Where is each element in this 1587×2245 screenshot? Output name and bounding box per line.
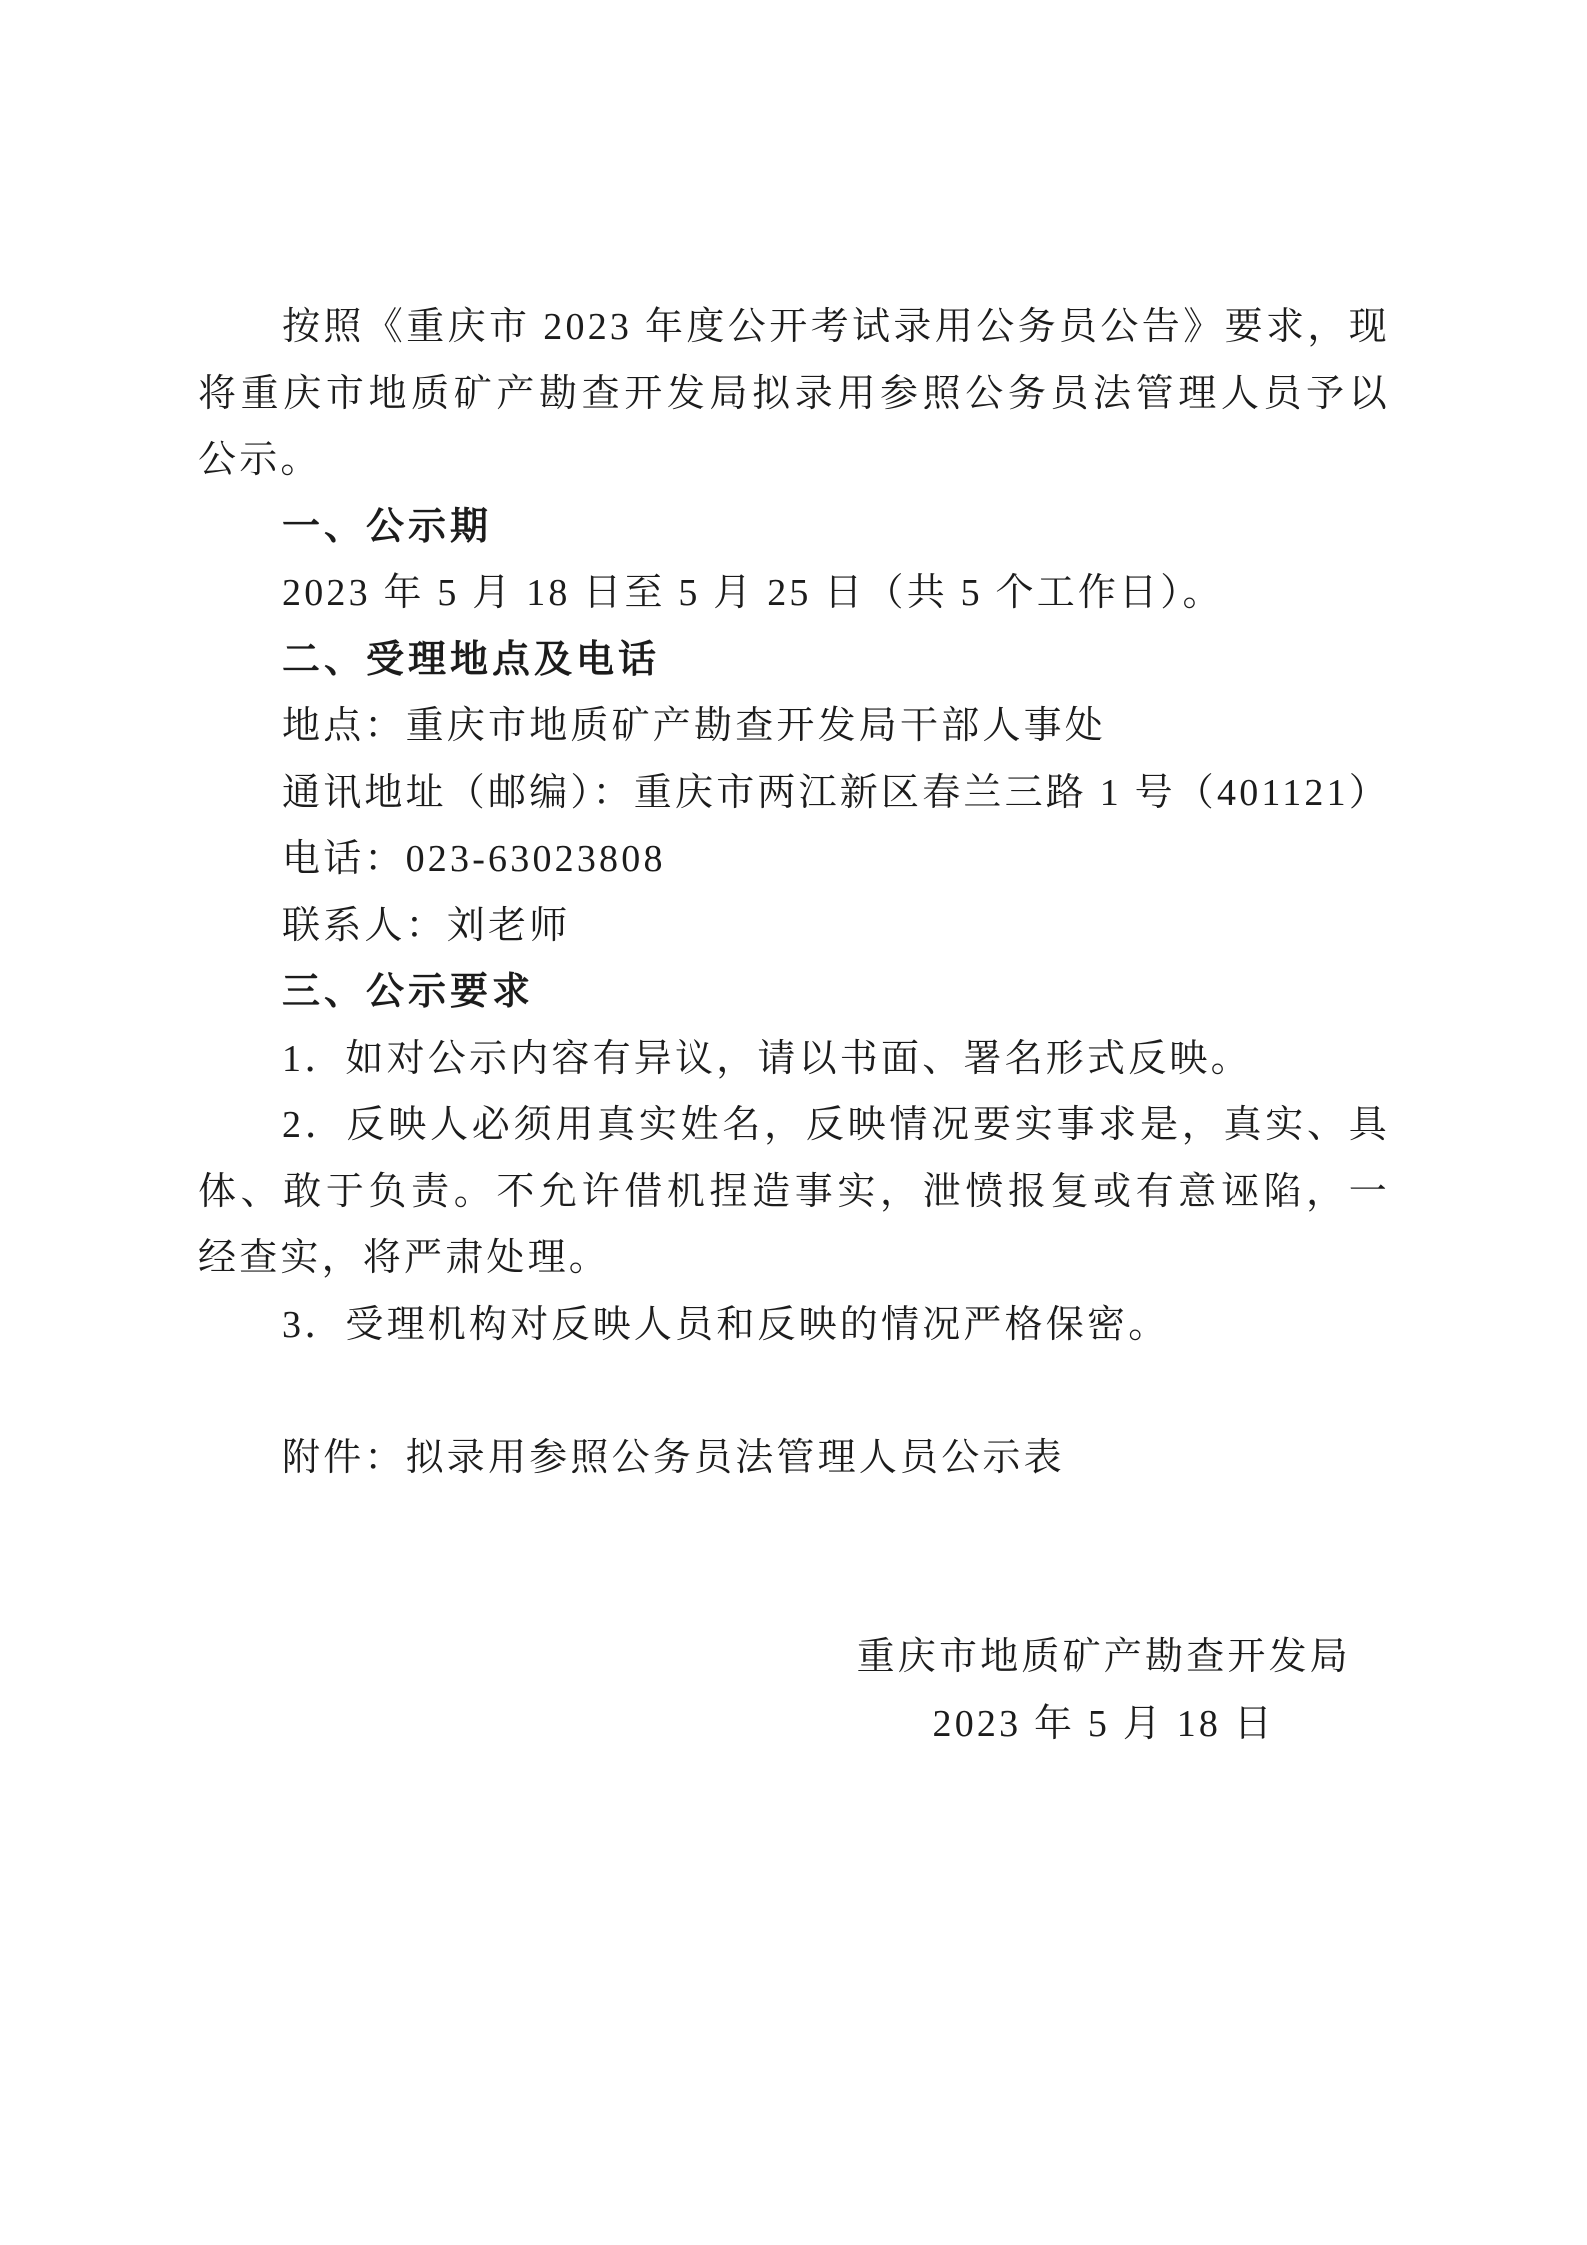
document-line: 经查实，将严肃处理。	[198, 1225, 1390, 1292]
blank-line	[198, 1491, 1390, 1558]
document-lines: 按照《重庆市 2023 年度公开考试录用公务员公告》要求，现将重庆市地质矿产勘查…	[198, 294, 1390, 1624]
signature-org: 重庆市地质矿产勘查开发局	[857, 1624, 1351, 1691]
blank-line	[198, 1558, 1390, 1625]
document-line: 联系人：刘老师	[198, 893, 1390, 960]
document-line: 二、受理地点及电话	[198, 627, 1390, 694]
blank-line	[198, 1358, 1390, 1425]
document-line: 按照《重庆市 2023 年度公开考试录用公务员公告》要求，现	[198, 294, 1390, 361]
notice-document: 按照《重庆市 2023 年度公开考试录用公务员公告》要求，现将重庆市地质矿产勘查…	[0, 0, 1587, 2245]
document-line: 通讯地址（邮编）：重庆市两江新区春兰三路 1 号（401121）	[198, 760, 1390, 827]
document-line: 将重庆市地质矿产勘查开发局拟录用参照公务员法管理人员予以	[198, 361, 1390, 428]
document-line: 1．如对公示内容有异议，请以书面、署名形式反映。	[198, 1026, 1390, 1093]
document-line: 2023 年 5 月 18 日至 5 月 25 日（共 5 个工作日）。	[198, 560, 1390, 627]
signature-date: 2023 年 5 月 18 日	[857, 1691, 1351, 1758]
document-line: 附件：拟录用参照公务员法管理人员公示表	[198, 1425, 1390, 1492]
document-line: 体、敢于负责。不允许借机捏造事实，泄愤报复或有意诬陷，一	[198, 1159, 1390, 1226]
document-line: 一、公示期	[198, 494, 1390, 561]
document-line: 公示。	[198, 427, 1390, 494]
document-line: 3．受理机构对反映人员和反映的情况严格保密。	[198, 1292, 1390, 1359]
signature-block: 重庆市地质矿产勘查开发局 2023 年 5 月 18 日	[857, 1624, 1351, 1757]
document-line: 地点：重庆市地质矿产勘查开发局干部人事处	[198, 693, 1390, 760]
document-line: 电话：023-63023808	[198, 826, 1390, 893]
document-line: 2．反映人必须用真实姓名，反映情况要实事求是，真实、具	[198, 1092, 1390, 1159]
document-line: 三、公示要求	[198, 959, 1390, 1026]
